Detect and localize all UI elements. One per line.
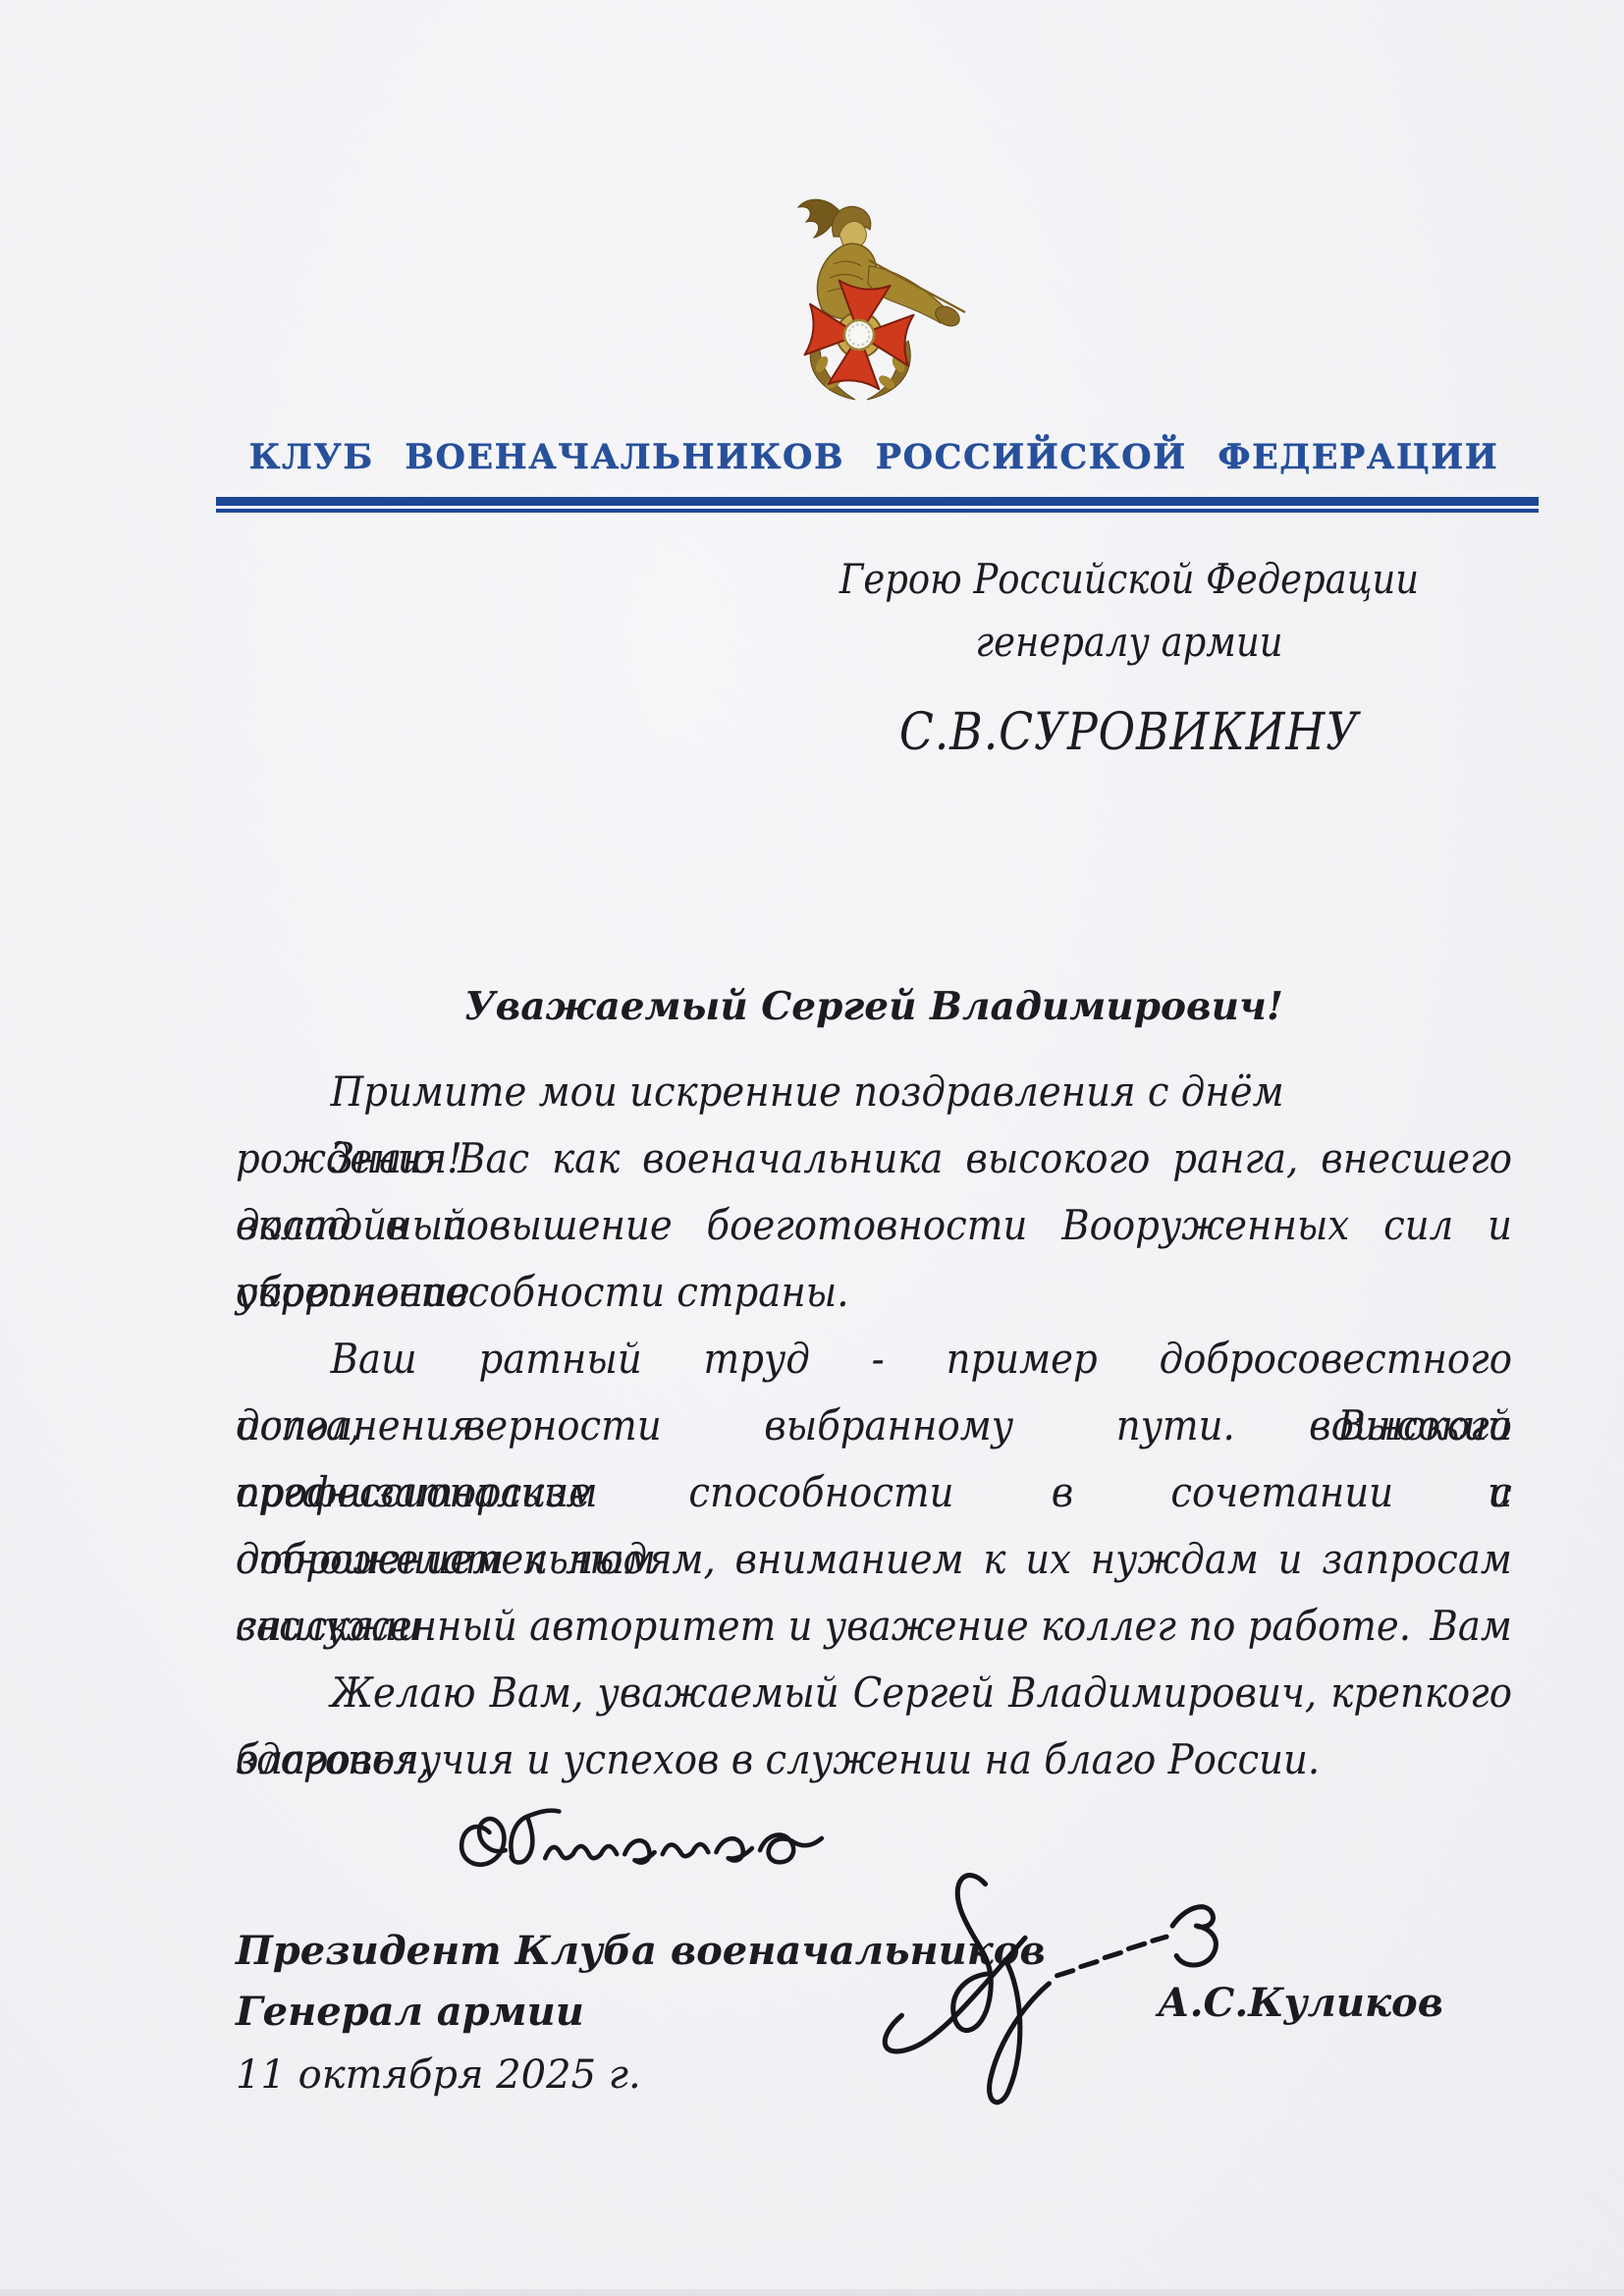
rule-thin-bar xyxy=(216,509,1539,513)
handwritten-note xyxy=(454,1801,832,1887)
organization-name: КЛУБ ВОЕНАЧАЛЬНИКОВ РОССИЙСКОЙ ФЕДЕРАЦИИ xyxy=(128,437,1620,477)
letterhead-rule xyxy=(216,497,1539,513)
body-line: долга, верности выбранному пути. Высокий… xyxy=(236,1393,1512,1459)
addressee-block: Герою Российской Федерации генералу арми… xyxy=(697,548,1561,764)
club-emblem-icon xyxy=(783,194,970,403)
body-line: Знаю Вас как военачальника высокого ранг… xyxy=(236,1125,1512,1192)
letter-body: Примите мои искренние поздравления с днё… xyxy=(236,1059,1512,1793)
body-line: благополучия и успехов в служении на бла… xyxy=(236,1726,1512,1793)
body-line: Желаю Вам, уважаемый Сергей Владимирович… xyxy=(236,1660,1512,1726)
body-line: организаторские способности в сочетании … xyxy=(236,1459,1512,1526)
body-line: Примите мои искренние поздравления с днё… xyxy=(236,1059,1512,1125)
addressee-name: С.В.СУРОВИКИНУ xyxy=(697,701,1561,764)
rule-thick-bar xyxy=(216,497,1539,506)
body-line: обороноспособности страны. xyxy=(236,1259,1512,1326)
letter-page: КЛУБ ВОЕНАЧАЛЬНИКОВ РОССИЙСКОЙ ФЕДЕРАЦИИ… xyxy=(0,0,1624,2296)
body-line: вклад в повышение боеготовности Вооружен… xyxy=(236,1192,1512,1259)
scan-edge xyxy=(0,2289,1624,2296)
body-line: отношением к людям, вниманием к их нужда… xyxy=(236,1526,1512,1593)
body-line: Ваш ратный труд - пример добросовестного… xyxy=(236,1326,1512,1393)
addressee-rank: генералу армии xyxy=(697,611,1561,674)
salutation: Уважаемый Сергей Владимирович! xyxy=(128,984,1620,1029)
signer-name: А.С.Куликов xyxy=(1090,1980,1443,2026)
body-line: заслуженный авторитет и уважение коллег … xyxy=(236,1593,1512,1660)
addressee-honorific: Герою Российской Федерации xyxy=(697,548,1561,611)
